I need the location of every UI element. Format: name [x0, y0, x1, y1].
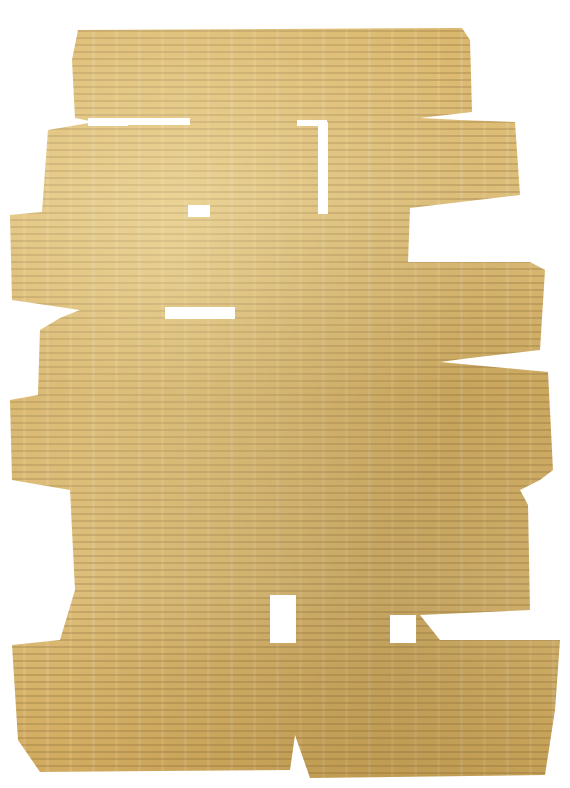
cutout-bottom-right — [390, 615, 416, 643]
brass-panel — [0, 0, 570, 788]
cutout-top-mid — [120, 118, 190, 125]
cutout-small-square — [188, 205, 210, 217]
cutout-vertical-slot-stem — [318, 122, 328, 214]
photo-background — [0, 0, 570, 788]
cutout-middle-slot — [165, 307, 235, 319]
cutout-bottom-left — [270, 595, 296, 643]
